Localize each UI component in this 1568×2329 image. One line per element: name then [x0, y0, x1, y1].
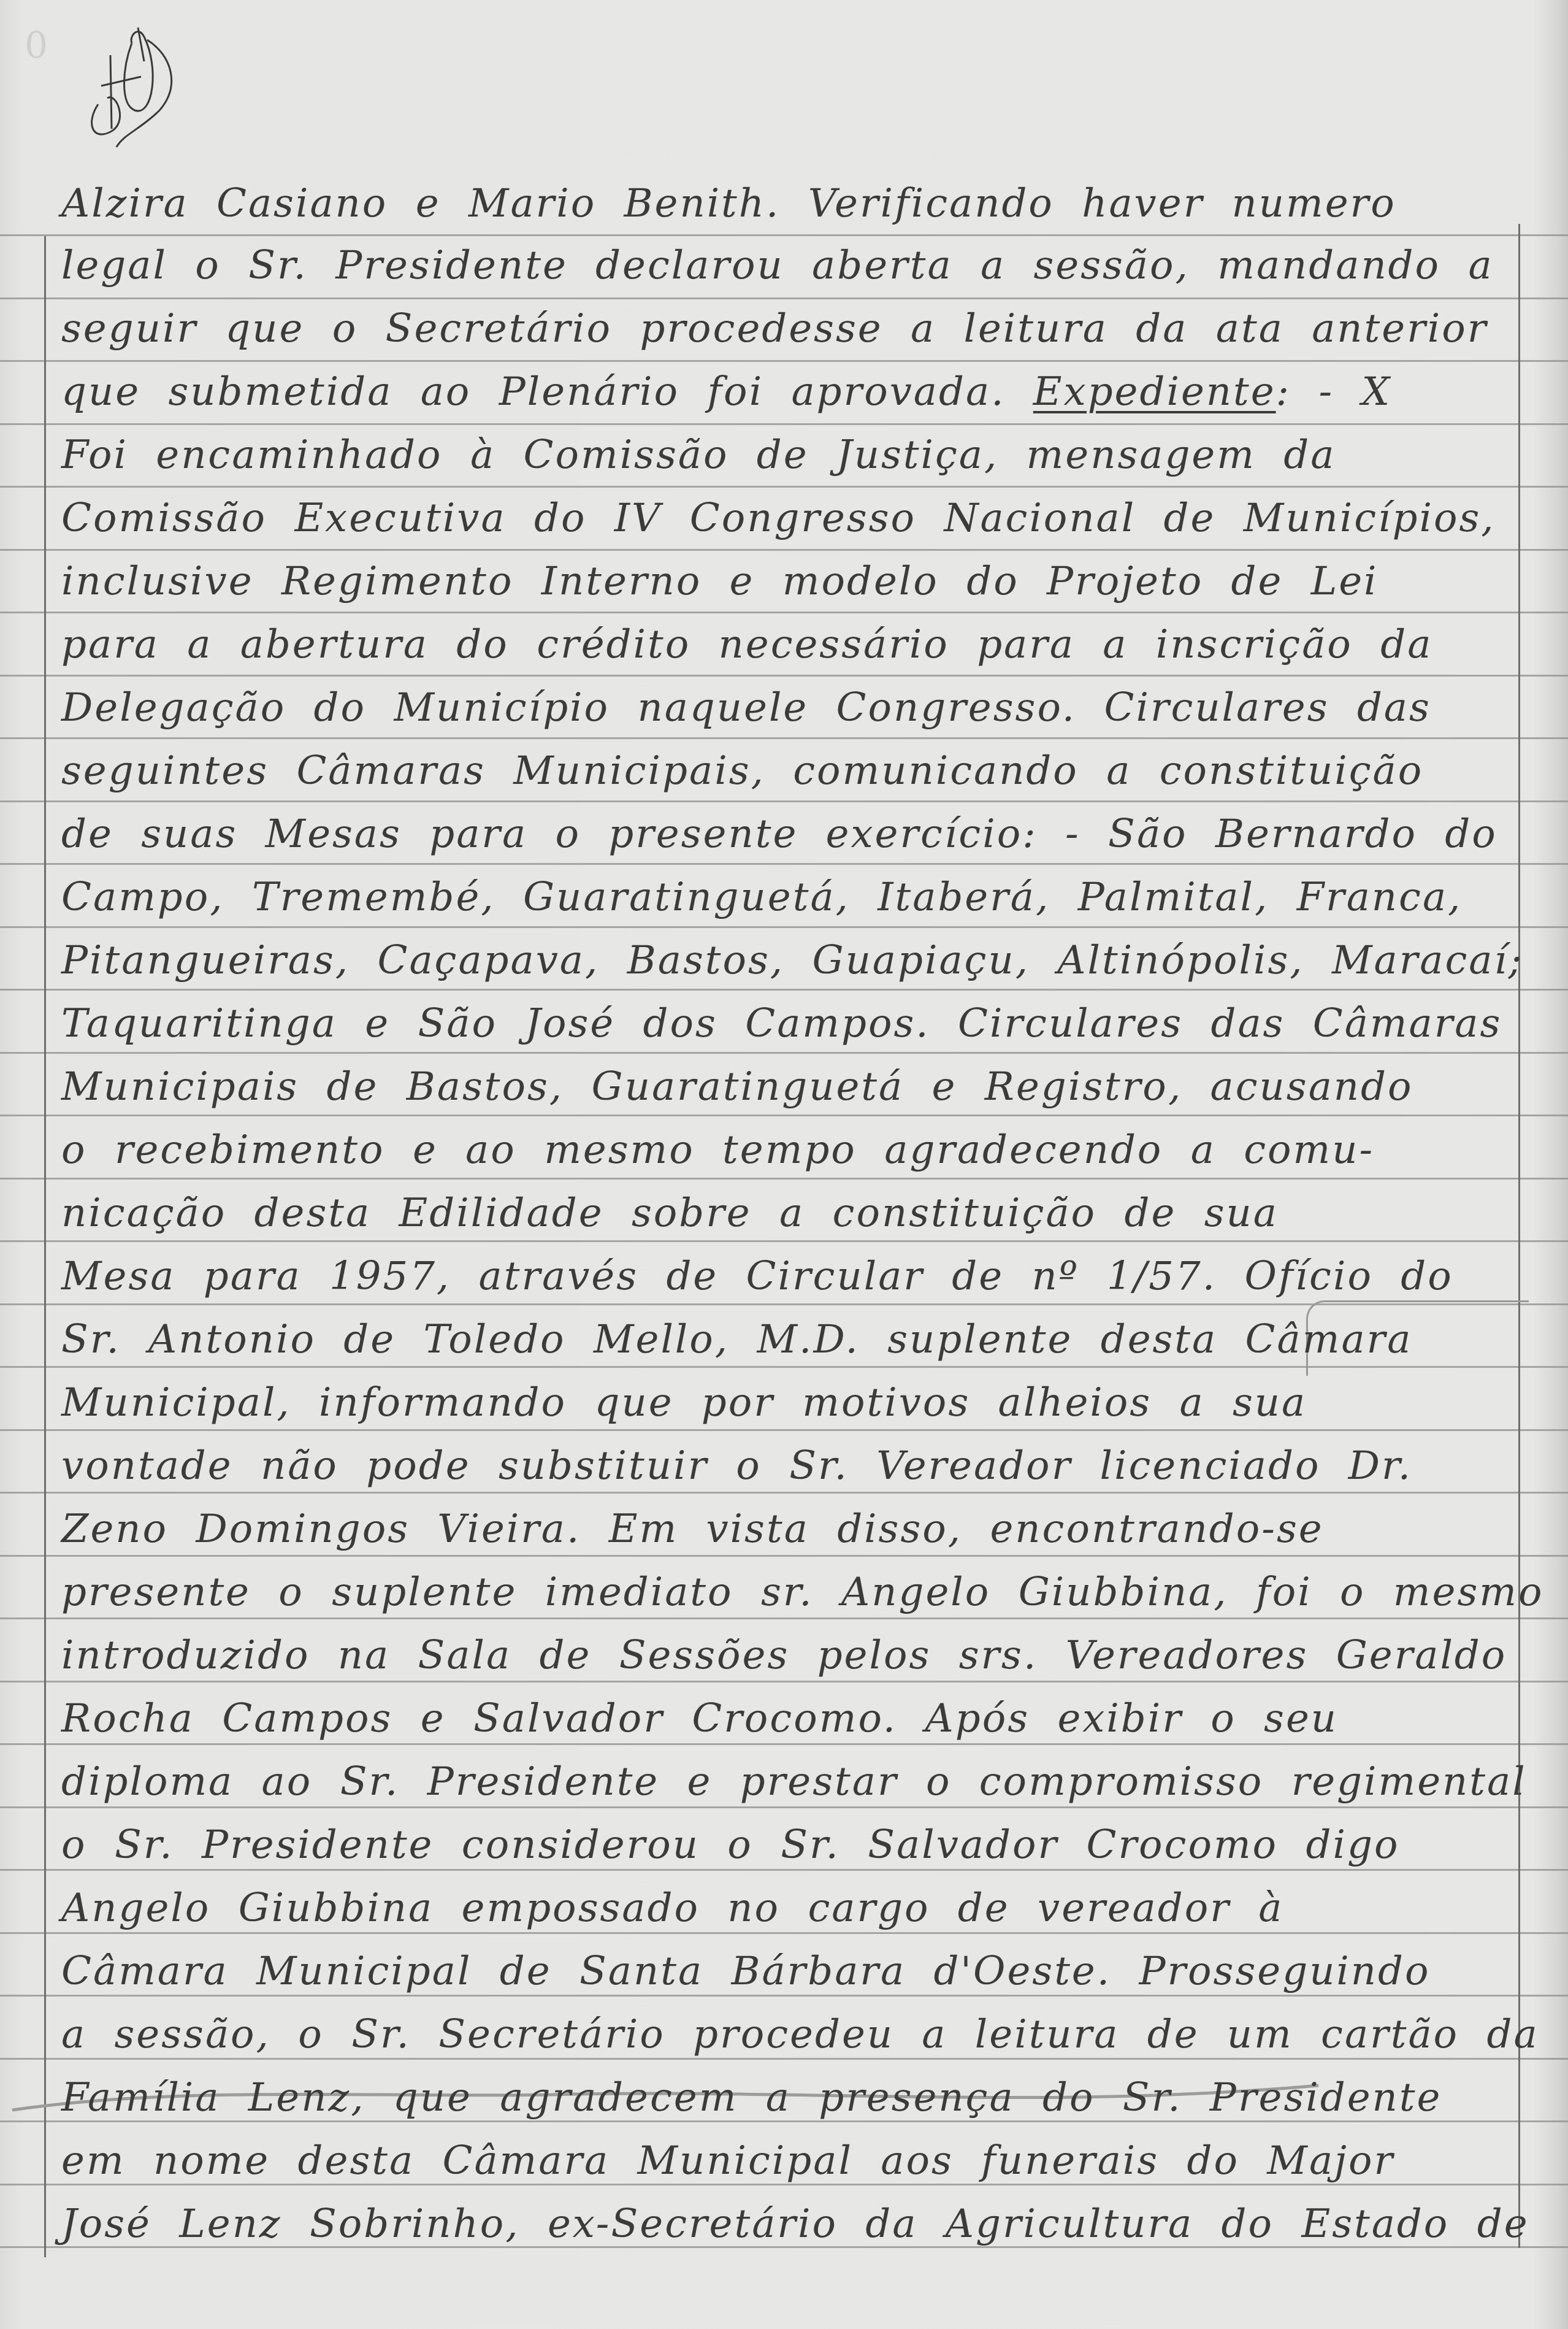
ruled-line [0, 675, 1568, 677]
text-line-13: Pitangueiras, Caçapava, Bastos, Guapiaçu… [61, 936, 1515, 985]
text-line-19: Sr. Antonio de Toledo Mello, M.D. suplen… [61, 1315, 1515, 1364]
ruled-line [0, 360, 1568, 362]
text-line-4: que submetida ao Plenário foi aprovada. … [61, 367, 1515, 416]
text-line-5: Foi encaminhado à Comissão de Justiça, m… [61, 431, 1515, 480]
ruled-line [0, 1178, 1568, 1180]
text-line-10: seguintes Câmaras Municipais, comunicand… [61, 746, 1515, 796]
text-line-22: Zeno Domingos Vieira. Em vista disso, en… [61, 1505, 1515, 1554]
expediente-heading: Expediente [1033, 369, 1276, 415]
ruled-line [0, 486, 1568, 488]
text-line-20: Municipal, informando que por motivos al… [61, 1378, 1515, 1427]
text-line-14: Taquaritinga e São José dos Campos. Circ… [61, 999, 1515, 1048]
ruled-line [0, 800, 1568, 802]
text-line-1: Alzira Casiano e Mario Benith. Verifican… [61, 179, 1515, 228]
ruled-line [0, 1681, 1568, 1682]
text-line-17: nicação desta Edilidade sobre a constitu… [61, 1189, 1515, 1238]
text-line-33: José Lenz Sobrinho, ex-Secretário da Agr… [61, 2200, 1515, 2249]
ruled-line [0, 1492, 1568, 1494]
ruled-line [0, 1743, 1568, 1745]
text-line-3: seguir que o Secretário procedesse a lei… [61, 304, 1515, 353]
ruled-line [0, 423, 1568, 425]
text-line-24: introduzido na Sala de Sessões pelos srs… [61, 1631, 1515, 1680]
text-line-7: inclusive Regimento Interno e modelo do … [61, 557, 1515, 606]
text-line-23: presente o suplente imediato sr. Angelo … [61, 1568, 1515, 1617]
right-margin-line [1518, 224, 1520, 2248]
text-line-11: de suas Mesas para o presente exercício:… [61, 810, 1515, 859]
text-line-31: Família Lenz, que agradecem a presença d… [61, 2073, 1515, 2122]
text-line-26: diploma ao Sr. Presidente e prestar o co… [61, 1757, 1515, 1806]
text-line-6: Comissão Executiva do IV Congresso Nacio… [61, 494, 1515, 543]
expediente-line: que submetida ao Plenário foi aprovada. … [61, 369, 1391, 415]
text-line-32: em nome desta Câmara Municipal aos funer… [61, 2136, 1515, 2185]
ruled-line [0, 234, 1568, 236]
ruled-line [0, 989, 1568, 991]
text-line-2: legal o Sr. Presidente declarou aberta a… [61, 241, 1515, 290]
ruled-line [0, 1052, 1568, 1054]
ledger-page: 0 Alzira Casiano e Mario Benith. Verific… [0, 0, 1568, 2329]
ruled-line [0, 1555, 1568, 1557]
ruled-line [0, 1240, 1568, 1242]
ruled-line [0, 1617, 1568, 1619]
text-line-21: vontade não pode substituir o Sr. Veread… [61, 1441, 1515, 1491]
text-line-9: Delegação do Município naquele Congresso… [61, 683, 1515, 732]
text-line-29: Câmara Municipal de Santa Bárbara d'Oest… [61, 1947, 1515, 1996]
faint-page-number-ghost: 0 [25, 25, 61, 80]
text-line-8: para a abertura do crédito necessário pa… [61, 620, 1515, 669]
ruled-line [0, 926, 1568, 928]
ruled-line [0, 737, 1568, 739]
text-line-15: Municipais de Bastos, Guaratinguetá e Re… [61, 1062, 1515, 1111]
text-line-12: Campo, Tremembé, Guaratinguetá, Itaberá,… [61, 873, 1515, 922]
text-line-28: Angelo Giubbina empossado no cargo de ve… [61, 1884, 1515, 1933]
text-line-27: o Sr. Presidente considerou o Sr. Salvad… [61, 1821, 1515, 1870]
text-line-30: a sessão, o Sr. Secretário procedeu a le… [61, 2010, 1515, 2059]
text-line-18: Mesa para 1957, através de Circular de n… [61, 1252, 1515, 1301]
text-line-16: o recebimento e ao mesmo tempo agradecen… [61, 1126, 1515, 1175]
ruled-line [0, 1115, 1568, 1116]
ruled-line [0, 1429, 1568, 1431]
folio-signature-icon [74, 18, 190, 147]
ruled-line [0, 297, 1568, 299]
text-line-25: Rocha Campos e Salvador Crocomo. Após ex… [61, 1694, 1515, 1743]
ruled-line [0, 549, 1568, 551]
ruled-line [0, 863, 1568, 865]
left-margin-line [44, 236, 46, 2257]
ruled-line [0, 612, 1568, 613]
